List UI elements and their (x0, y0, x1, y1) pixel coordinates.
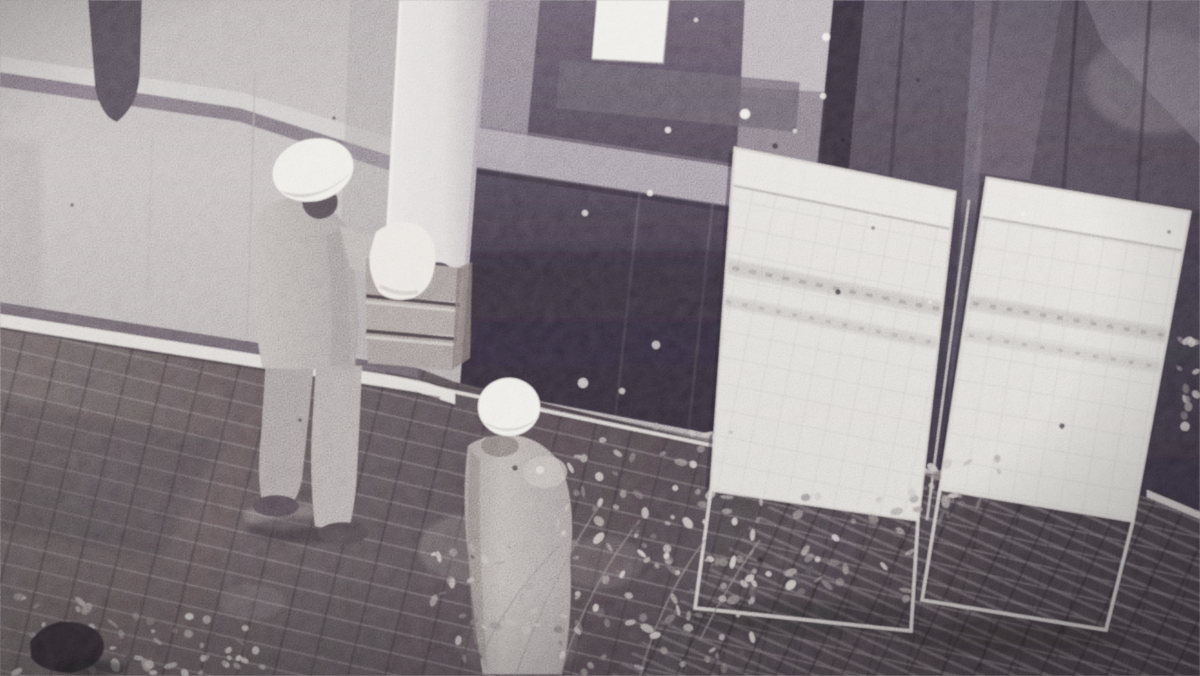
vignette (0, 0, 1200, 676)
photograph (0, 0, 1200, 676)
photo-canvas (0, 0, 1200, 676)
